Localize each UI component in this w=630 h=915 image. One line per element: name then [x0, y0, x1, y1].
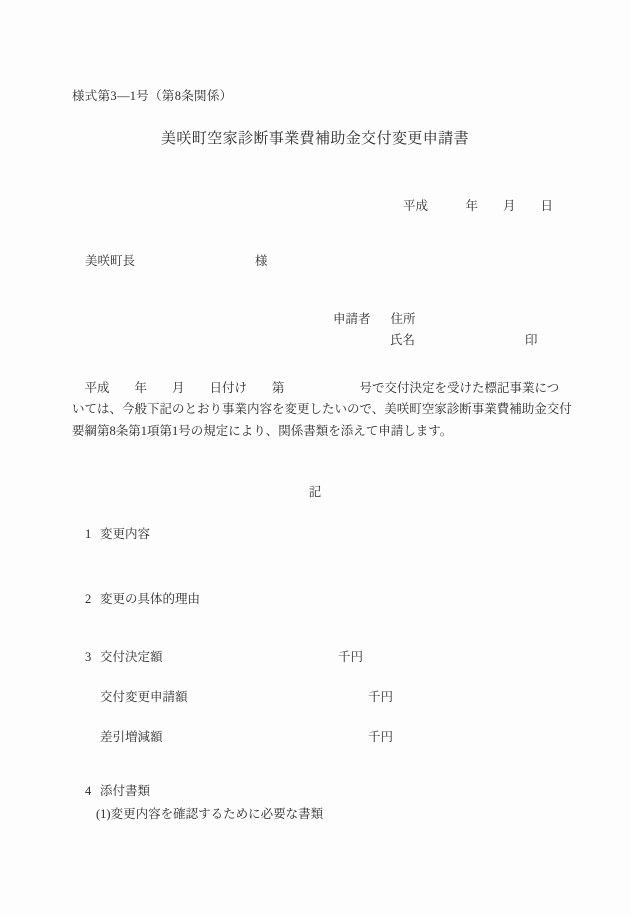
item-label: 変更の具体的理由 [100, 592, 200, 606]
item-label: 差引増減額 [100, 730, 163, 744]
document-title: 美咲町空家診断事業費補助金交付変更申請書 [0, 127, 630, 148]
document-page: 様式第3―1号（第8条関係） 美咲町空家診断事業費補助金交付変更申請書 平成 年… [0, 0, 630, 915]
date-line: 平成 年 月 日 [403, 196, 553, 214]
addressee-line: 美咲町長様 [85, 251, 268, 269]
item-attached-documents: 4添付書類 [85, 781, 150, 799]
amount-unit: 千円 [368, 727, 393, 745]
item-label: 添付書類 [100, 784, 150, 798]
form-number: 様式第3―1号（第8条関係） [72, 86, 232, 104]
item-label: 交付変更申請額 [100, 690, 188, 704]
body-paragraph-line2: いては、今般下記のとおり事業内容を変更したいので、美咲町空家診断事業費補助金交付 [72, 399, 564, 420]
item-number: 1 [85, 527, 100, 542]
seal-mark: 印 [525, 330, 538, 348]
item-number: 2 [85, 592, 100, 607]
item-change-details: 1変更内容 [85, 524, 150, 542]
body-paragraph-line3: 要綱第8条第1項第1号の規定により、関係書類を添えて申請します。 [72, 421, 564, 442]
amount-unit: 千円 [368, 687, 393, 705]
item-label: 変更内容 [100, 527, 150, 541]
item-label: 交付決定額 [100, 650, 163, 664]
item-number: 4 [85, 784, 100, 799]
item-number: 3 [85, 650, 100, 665]
item-attached-documents-sub1: (1)変更内容を確認するために必要な書類 [96, 804, 323, 822]
item-grant-decision-amount: 3交付決定額 千円 [85, 647, 163, 665]
item-grant-change-request-amount: 交付変更申請額 千円 [100, 687, 188, 705]
amount-unit: 千円 [338, 647, 363, 665]
record-heading: 記 [0, 482, 630, 500]
item-difference-amount: 差引増減額 千円 [100, 727, 163, 745]
addressee-honorific: 様 [255, 254, 268, 268]
applicant-row-name: 氏名 印 [390, 330, 415, 348]
addressee-name: 美咲町長 [85, 254, 135, 268]
applicant-label: 申請者 [333, 312, 371, 326]
applicant-address-label: 住所 [391, 312, 416, 326]
applicant-name-label: 氏名 [390, 333, 415, 347]
applicant-row-address: 申請者住所 [333, 309, 416, 327]
body-paragraph-line1: 平成 年 月 日付け 第 号で交付決定を受けた標記事業につ [72, 378, 564, 399]
item-change-reason: 2変更の具体的理由 [85, 589, 200, 607]
body-paragraph: 平成 年 月 日付け 第 号で交付決定を受けた標記事業につ いては、今般下記のと… [72, 378, 564, 442]
